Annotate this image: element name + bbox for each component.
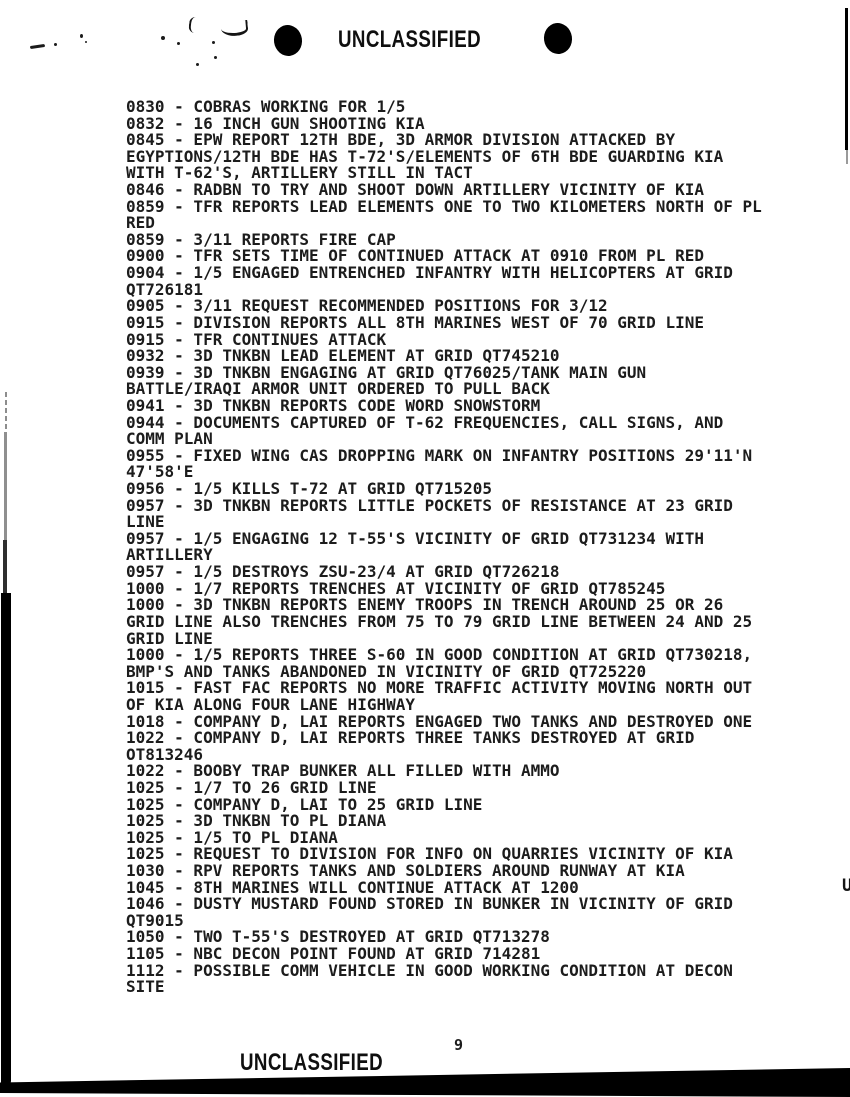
scan-edge-left-bar [4, 432, 7, 542]
scan-edge-left-bar [5, 392, 7, 434]
stamp-dot-right-icon [542, 21, 574, 56]
smudge-mark [80, 34, 83, 38]
header-classification-label: UNCLASSIFIED [338, 28, 481, 52]
scan-edge-right-line-tail [846, 150, 848, 164]
log-line: 0957 - 3D TNKBN REPORTS LITTLE POCKETS O… [126, 498, 762, 515]
smudge-mark [54, 43, 57, 46]
scan-edge-left-bar [1, 593, 11, 1085]
smudge-mark [220, 20, 248, 37]
scan-edge-left-bar [3, 540, 7, 595]
log-line: 1046 - DUSTY MUSTARD FOUND STORED IN BUN… [126, 896, 762, 913]
smudge-mark [177, 42, 180, 45]
log-line: 1112 - POSSIBLE COMM VEHICLE IN GOOD WOR… [126, 963, 762, 980]
smudge-mark [212, 41, 215, 44]
smudge-mark [188, 16, 202, 33]
smudge-mark [161, 36, 165, 40]
log-line: GRID LINE ALSO TRENCHES FROM 75 TO 79 GR… [126, 614, 762, 631]
log-line: 0859 - TFR REPORTS LEAD ELEMENTS ONE TO … [126, 199, 762, 216]
event-log: 0830 - COBRAS WORKING FOR 1/50832 - 16 I… [126, 99, 762, 996]
smudge-mark [85, 41, 87, 43]
log-line: 0955 - FIXED WING CAS DROPPING MARK ON I… [126, 448, 762, 465]
scan-edge-right-line [845, 8, 848, 150]
log-line: 0904 - 1/5 ENGAGED ENTRENCHED INFANTRY W… [126, 265, 762, 282]
footer-classification-label: UNCLASSIFIED [240, 1051, 383, 1075]
log-line: 1022 - COMPANY D, LAI REPORTS THREE TANK… [126, 730, 762, 747]
smudge-mark [30, 44, 45, 49]
smudge-mark [214, 56, 217, 59]
log-line: 0944 - DOCUMENTS CAPTURED OF T-62 FREQUE… [126, 415, 762, 432]
smudge-mark [196, 63, 199, 66]
log-line: SITE [126, 979, 762, 996]
page-number: 9 [454, 1036, 463, 1054]
scan-edge-bottom-bar [0, 1064, 850, 1097]
scanned-document-page: UNCLASSIFIED 0830 - COBRAS WORKING FOR 1… [0, 0, 850, 1097]
stamp-dot-left-icon [272, 23, 304, 58]
log-line: 0957 - 1/5 ENGAGING 12 T-55'S VICINITY O… [126, 531, 762, 548]
stray-edge-mark: U [842, 876, 850, 896]
